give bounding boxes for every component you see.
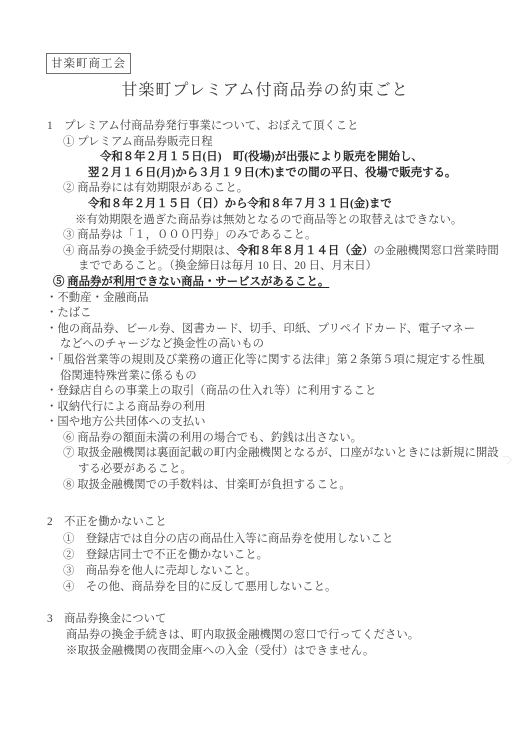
text-line: ⑧ 取扱金融機関での手数料は、甘楽町が負担すること。 bbox=[63, 478, 510, 494]
text-segment: ④ その他、商品券を目的に反して悪用しないこと。 bbox=[63, 581, 336, 593]
text-line: ・登録店自らの事業上の取引（商品の仕入れ等）に利用すること bbox=[46, 384, 510, 400]
document-body: 1 プレミアム付商品券発行事業について、おぼえて頂くこと① プレミアム商品券販売… bbox=[47, 119, 510, 659]
text-segment: 令和８年８月１４日（金） bbox=[237, 245, 374, 257]
text-line: 1 プレミアム付商品券発行事業について、おぼえて頂くこと bbox=[47, 119, 510, 135]
text-line: ・「風俗営業等の規則及び業務の適正化等に関する法律」第２条第５項に規定する性風 bbox=[46, 353, 510, 369]
text-segment: ・国や地方公共団体への支払い bbox=[46, 416, 205, 428]
text-line: ③ 商品券は「１，０００円券」のみであること。 bbox=[63, 228, 510, 244]
text-segment: ※取扱金融機関の夜間金庫への入金（受付）はできません。 bbox=[66, 645, 374, 657]
text-segment: 3 商品券換金について bbox=[47, 613, 166, 625]
text-line: ⑤ 商品券が利用できない商品・サービスがあること。 bbox=[53, 275, 510, 291]
text-segment: ⑧ 取扱金融機関での手数料は、甘楽町が負担すること。 bbox=[63, 479, 351, 491]
text-line: 令和８年２月１５日（日）から令和８年７月３１日(金)まで bbox=[88, 197, 510, 213]
text-line: ③ 商品券を他人に売却しないこと。 bbox=[63, 563, 510, 579]
text-line: ・不動産・金融商品 bbox=[46, 291, 510, 307]
text-line: ・国や地方公共団体への支払い bbox=[46, 415, 510, 431]
text-line: 令和８年２月１５日(日) 町(役場)が出張により販売を開始し、 bbox=[100, 150, 510, 166]
text-line: ② 登録店同士で不正を働かないこと。 bbox=[63, 547, 510, 563]
text-line: などへのチャージなど換金性の高いもの bbox=[60, 337, 510, 353]
text-line: ・他の商品券、ビール券、図書カード、切手、印紙、プリペイドカード、電子マネー bbox=[46, 322, 510, 338]
text-segment: ※有効期限を過ぎた商品券は無効となるので商品等との取替えはできない。 bbox=[75, 214, 462, 226]
org-stamp: 甘楽町商工会 bbox=[46, 53, 131, 74]
text-segment: ① 登録店では自分の店の商品仕入等に商品券を使用しないこと bbox=[63, 533, 393, 545]
text-segment: ③ 商品券を他人に売却しないこと。 bbox=[63, 565, 257, 577]
text-line: ④ 商品券の換金手続受付期限は、令和８年８月１４日（金）の金融機関窓口営業時間 bbox=[63, 244, 510, 260]
text-segment: ⑦ 取扱金融機関は裏面記載の町内金融機関となるが、口座がないときには新規に開設 bbox=[63, 447, 499, 459]
text-segment: の金融機関窓口営業時間 bbox=[373, 245, 498, 257]
scan-artifact bbox=[500, 450, 518, 468]
text-segment: などへのチャージなど換金性の高いもの bbox=[60, 338, 264, 350]
text-segment: ・たばこ bbox=[46, 307, 92, 319]
text-segment: ② 登録店同士で不正を働かないこと。 bbox=[63, 549, 268, 561]
text-segment: 令和８年２月１５日(日) 町(役場)が出張により販売を開始し、 bbox=[100, 151, 423, 163]
text-line: ② 商品券には有効期限があること。 bbox=[63, 181, 510, 197]
text-segment: ③ 商品券は「１，０００円券」のみであること。 bbox=[63, 229, 316, 241]
text-line: ⑥ 商品券の額面未満の利用の場合でも、釣銭は出さない。 bbox=[63, 431, 510, 447]
text-line: 翌２月１６日(月)から３月１９日(木)までの間の平日、役場で販売する。 bbox=[88, 166, 510, 182]
spacer bbox=[47, 493, 510, 515]
text-segment: ① プレミアム商品券販売日程 bbox=[63, 136, 213, 148]
text-segment: ② 商品券には有効期限があること。 bbox=[63, 182, 248, 194]
text-segment: 翌２月１６日(月)から３月１９日(木)までの間の平日、役場で販売する。 bbox=[88, 167, 456, 179]
text-line: までであること。（換金締日は毎月 10 日、20 日、月末日） bbox=[78, 259, 510, 275]
text-segment: ・収納代行による商品券の利用 bbox=[46, 401, 205, 413]
text-line: ① 登録店では自分の店の商品仕入等に商品券を使用しないこと bbox=[63, 531, 510, 547]
text-line: ・たばこ bbox=[46, 306, 510, 322]
text-segment: ⑥ 商品券の額面未満の利用の場合でも、釣銭は出さない。 bbox=[63, 432, 362, 444]
text-line: ⑦ 取扱金融機関は裏面記載の町内金融機関となるが、口座がないときには新規に開設 bbox=[63, 446, 510, 462]
text-line: 商品券の換金手続きは、町内取扱金融機関の窓口で行ってください。 bbox=[66, 627, 510, 643]
text-line: ※取扱金融機関の夜間金庫への入金（受付）はできません。 bbox=[66, 643, 510, 659]
text-segment: 1 プレミアム付商品券発行事業について、おぼえて頂くこと bbox=[47, 120, 359, 132]
text-segment: 商品券の換金手続きは、町内取扱金融機関の窓口で行ってください。 bbox=[66, 629, 419, 641]
text-line: ※有効期限を過ぎた商品券は無効となるので商品等との取替えはできない。 bbox=[75, 213, 510, 229]
text-segment: までであること。（換金締日は毎月 10 日、20 日、月末日） bbox=[78, 260, 377, 272]
text-segment: ⑤ bbox=[53, 276, 67, 288]
text-segment: ・不動産・金融商品 bbox=[46, 292, 149, 304]
text-line: 3 商品券換金について bbox=[47, 612, 510, 628]
text-segment: ・他の商品券、ビール券、図書カード、切手、印紙、プリペイドカード、電子マネー bbox=[46, 323, 475, 335]
text-segment: ・「風俗営業等の規則及び業務の適正化等に関する法律」第２条第５項に規定する性風 bbox=[46, 354, 485, 366]
text-line: する必要があること。 bbox=[78, 462, 510, 478]
page-title: 甘楽町プレミアム付商品券の約束ごと bbox=[0, 77, 530, 100]
text-segment: する必要があること。 bbox=[78, 463, 192, 475]
text-line: 2 不正を働かないこと bbox=[47, 515, 510, 531]
text-segment: ④ 商品券の換金手続受付期限は、 bbox=[63, 245, 237, 257]
text-segment: 俗関連特殊営業に係るもの bbox=[60, 370, 197, 382]
text-segment: 2 不正を働かないこと bbox=[47, 516, 167, 528]
text-segment: ・登録店自らの事業上の取引（商品の仕入れ等）に利用すること bbox=[46, 385, 376, 397]
text-segment: 商品券が利用できない商品・サービスがあること。 bbox=[67, 276, 329, 288]
text-line: ① プレミアム商品券販売日程 bbox=[63, 135, 510, 151]
text-line: 俗関連特殊営業に係るもの bbox=[60, 369, 510, 385]
spacer bbox=[47, 596, 510, 612]
text-line: ・収納代行による商品券の利用 bbox=[46, 400, 510, 416]
text-segment: 令和８年２月１５日（日）から令和８年７月３１日(金)まで bbox=[88, 198, 392, 210]
text-line: ④ その他、商品券を目的に反して悪用しないこと。 bbox=[63, 579, 510, 595]
document-page: 甘楽町商工会 甘楽町プレミアム付商品券の約束ごと 1 プレミアム付商品券発行事業… bbox=[0, 0, 530, 750]
